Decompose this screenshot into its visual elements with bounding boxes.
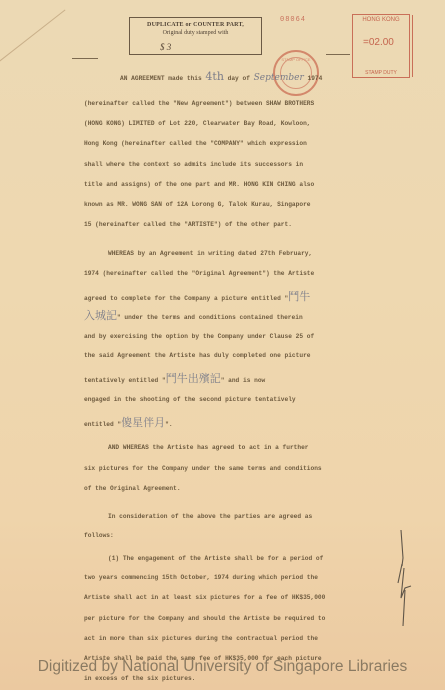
typed-text: engaged in the shooting of the second pi… bbox=[84, 396, 296, 403]
document-line: AND WHEREAS the Artiste has agreed to ac… bbox=[108, 438, 309, 459]
document-line: and by exercising the option by the Comp… bbox=[84, 327, 314, 348]
typed-text: day of bbox=[224, 75, 254, 82]
typed-text: follows: bbox=[84, 532, 114, 539]
document-line: two years commencing 15th October, 1974 … bbox=[84, 568, 318, 589]
handwritten-text: 入城記 bbox=[84, 309, 117, 322]
typed-text: Artiste shall act in at least six pictur… bbox=[84, 594, 325, 601]
handwritten-date: September bbox=[254, 73, 304, 83]
typed-text: two years commencing 15th October, 1974 … bbox=[84, 574, 318, 581]
duplicate-duty-stamp: DUPLICATE or COUNTER PART, Original duty… bbox=[129, 17, 262, 55]
document-line: 15 (hereinafter called the "ARTISTE") of… bbox=[84, 215, 292, 236]
margin-signature-icon bbox=[395, 528, 415, 628]
typed-text: 15 (hereinafter called the "ARTISTE") of… bbox=[84, 221, 292, 228]
handwritten-text: 鬥牛出殯記 bbox=[166, 372, 221, 385]
typed-text: entitled " bbox=[84, 421, 121, 428]
document-line: In consideration of the above the partie… bbox=[108, 507, 312, 528]
typed-text: (HONG KONG) LIMITED of Lot 220, Clearwat… bbox=[84, 120, 311, 127]
typed-text: ". bbox=[165, 421, 172, 428]
typed-text: 1974 (hereinafter called the "Original A… bbox=[84, 270, 314, 277]
dash-mark bbox=[326, 54, 350, 55]
document-line: 1974 (hereinafter called the "Original A… bbox=[84, 264, 314, 285]
typed-text: agreed to complete for the Company a pic… bbox=[84, 295, 288, 302]
document-line: engaged in the shooting of the second pi… bbox=[84, 390, 296, 411]
typed-text: AND WHEREAS the Artiste has agreed to ac… bbox=[108, 444, 309, 451]
meter-side-strip bbox=[412, 15, 419, 77]
typed-text: " under the terms and conditions contain… bbox=[117, 314, 303, 321]
duty-stamp-line2: Original duty stamped with bbox=[130, 29, 261, 37]
typed-text: per picture for the Company and should t… bbox=[84, 615, 325, 622]
document-line: AN AGREEMENT made this 4th day of Septem… bbox=[120, 67, 322, 90]
document-line: title and assigns) of the one part and M… bbox=[84, 175, 314, 196]
document-number: 08064 bbox=[280, 16, 306, 24]
typed-text: the said Agreement the Artiste has duly … bbox=[84, 352, 311, 359]
duty-stamp-line1: DUPLICATE or COUNTER PART, bbox=[130, 21, 261, 29]
duty-stamp-signature: $ 3 bbox=[160, 43, 171, 51]
handwritten-text: 鬥牛 bbox=[288, 290, 310, 303]
document-line: (hereinafter called the "New Agreement")… bbox=[84, 94, 314, 115]
document-line: Artiste shall act in at least six pictur… bbox=[84, 588, 325, 609]
typed-text: known as MR. WONG SAN of 12A Lorong G, T… bbox=[84, 201, 311, 208]
typed-text: shall where the context so admits includ… bbox=[84, 161, 303, 168]
document-line: shall where the context so admits includ… bbox=[84, 155, 303, 176]
fold-line bbox=[0, 10, 65, 69]
meter-top-text: HONG KONG bbox=[353, 17, 409, 23]
document-line: (HONG KONG) LIMITED of Lot 220, Clearwat… bbox=[84, 114, 311, 135]
document-line: the said Agreement the Artiste has duly … bbox=[84, 346, 311, 367]
document-line: entitled "傻星伴月". bbox=[84, 413, 173, 436]
document-line: of the Original Agreement. bbox=[84, 479, 181, 500]
document-line: tentatively entitled "鬥牛出殯記" and is now bbox=[84, 369, 265, 392]
digitization-credit: Digitized by National University of Sing… bbox=[0, 658, 445, 676]
document-line: 入城記" under the terms and conditions cont… bbox=[84, 306, 303, 329]
document-line: Hong Kong (hereinafter called the "COMPA… bbox=[84, 134, 307, 155]
typed-text: in excess of the six pictures. bbox=[84, 675, 195, 682]
meter-value: =02.00 bbox=[363, 37, 394, 48]
typed-text: (hereinafter called the "New Agreement")… bbox=[84, 100, 314, 107]
document-line: act in more than six pictures during the… bbox=[84, 629, 318, 650]
seal-text: STAMP OFFICE bbox=[281, 57, 310, 62]
document-line: WHEREAS by an Agreement in writing dated… bbox=[108, 244, 312, 265]
document-line: known as MR. WONG SAN of 12A Lorong G, T… bbox=[84, 195, 311, 216]
dash-mark bbox=[72, 58, 98, 59]
typed-text: 1974 bbox=[304, 75, 323, 82]
typed-text: title and assigns) of the one part and M… bbox=[84, 181, 314, 188]
typed-text: and by exercising the option by the Comp… bbox=[84, 333, 314, 340]
document-page: DUPLICATE or COUNTER PART, Original duty… bbox=[0, 0, 445, 690]
handwritten-text: 傻星伴月 bbox=[121, 416, 165, 429]
typed-text: tentatively entitled " bbox=[84, 377, 166, 384]
typed-text: WHEREAS by an Agreement in writing dated… bbox=[108, 250, 312, 257]
document-line: per picture for the Company and should t… bbox=[84, 609, 325, 630]
document-line: (1) The engagement of the Artiste shall … bbox=[108, 549, 323, 570]
typed-text: Hong Kong (hereinafter called the "COMPA… bbox=[84, 140, 307, 147]
document-line: six pictures for the Company under the s… bbox=[84, 459, 322, 480]
meter-bottom-text: STAMP DUTY bbox=[353, 70, 409, 76]
typed-text: (1) The engagement of the Artiste shall … bbox=[108, 555, 323, 562]
document-line: follows: bbox=[84, 526, 114, 547]
typed-text: AN AGREEMENT made this bbox=[120, 75, 205, 82]
typed-text: act in more than six pictures during the… bbox=[84, 635, 318, 642]
typed-text: In consideration of the above the partie… bbox=[108, 513, 312, 520]
typed-text: " and is now bbox=[221, 377, 266, 384]
handwritten-text: 4th bbox=[205, 70, 224, 83]
typed-text: six pictures for the Company under the s… bbox=[84, 465, 322, 472]
typed-text: of the Original Agreement. bbox=[84, 485, 181, 492]
stamp-duty-meter: HONG KONG =02.00 STAMP DUTY bbox=[352, 14, 410, 78]
